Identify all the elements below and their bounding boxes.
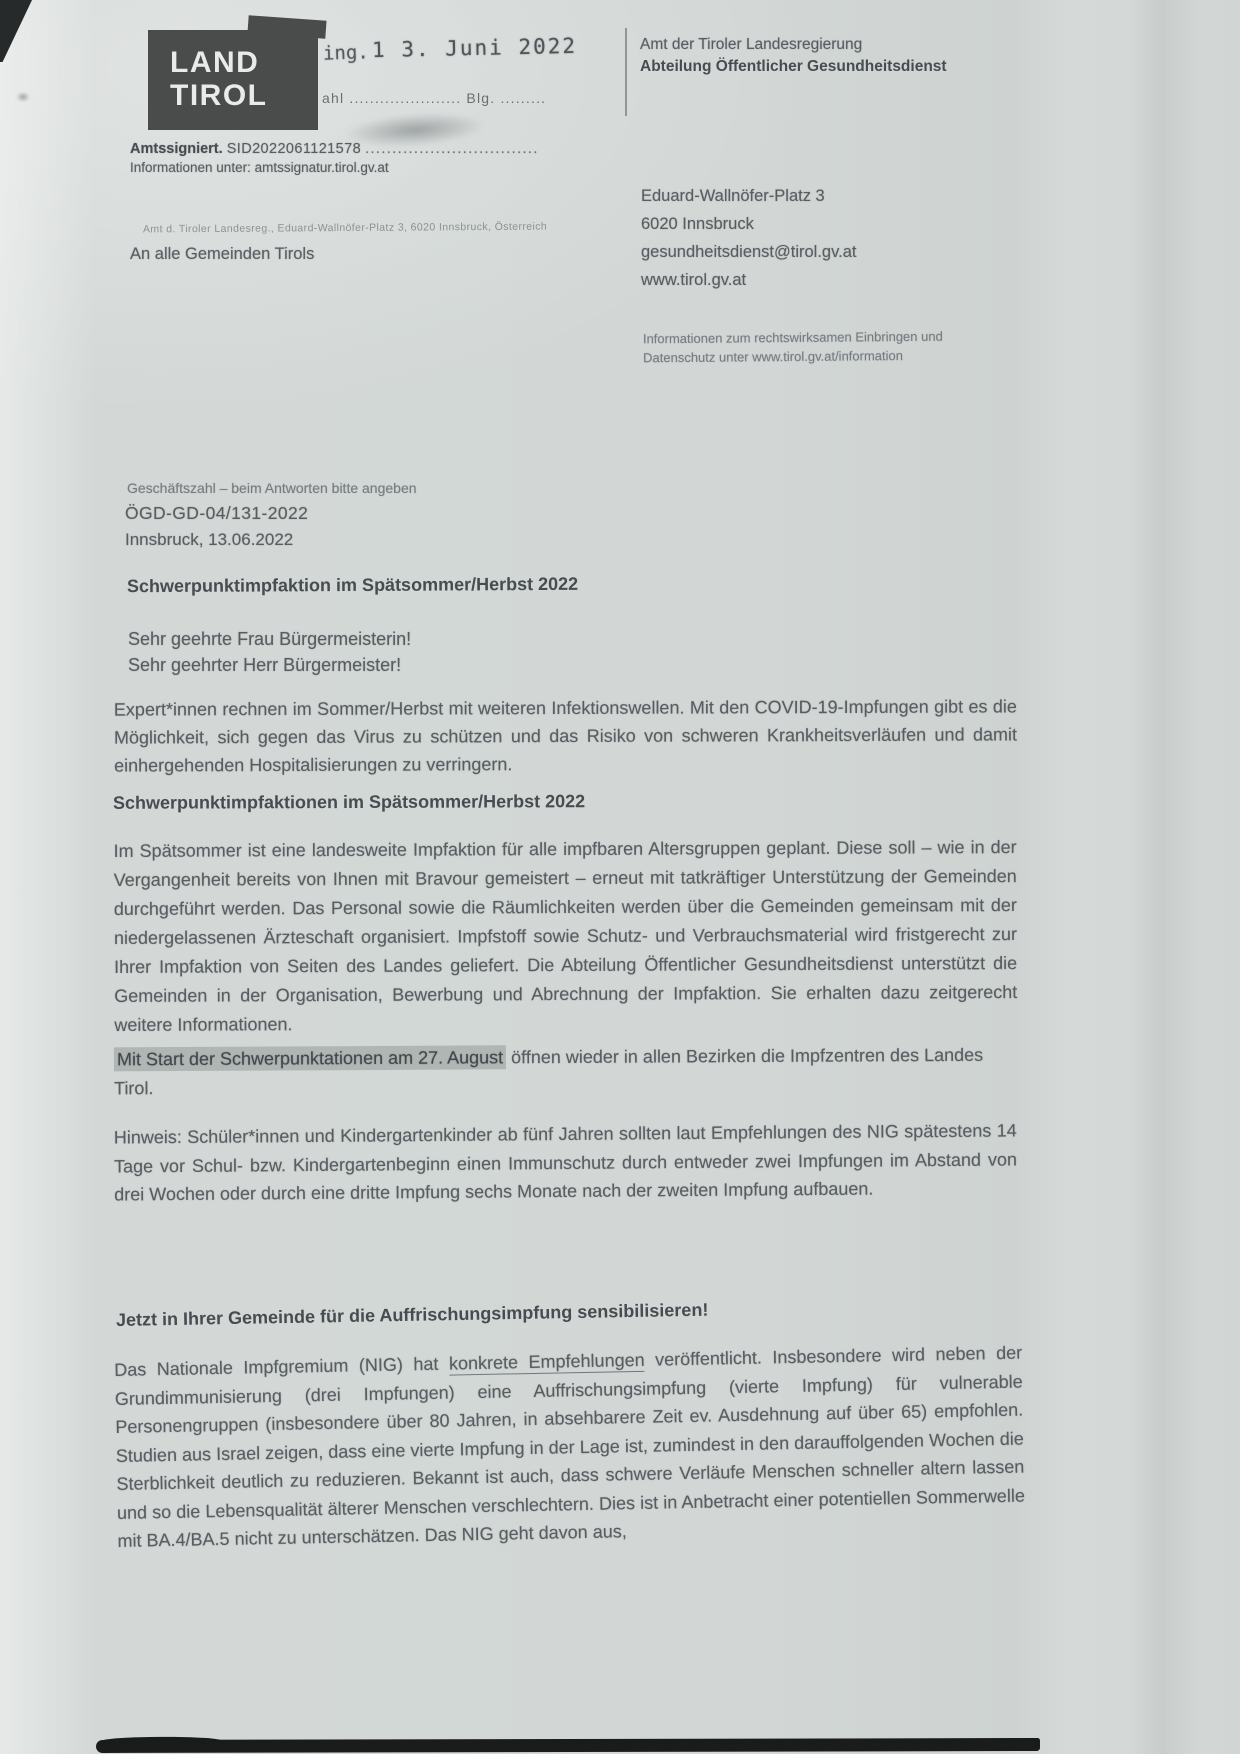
addressee-line: An alle Gemeinden Tirols	[130, 245, 314, 264]
paragraph-start-date: Mit Start der Schwerpunktationen am 27. …	[114, 1041, 1017, 1104]
sender-city: 6020 Innsbruck	[641, 210, 856, 238]
heading-booster: Jetzt in Ihrer Gemeinde für die Auffrisc…	[116, 1300, 709, 1331]
reference-number: ÖGD-GD-04/131-2022	[125, 503, 308, 524]
stamp-dotted-fields: ahl ...................... Blg. ........…	[322, 90, 546, 106]
paper-left-light-band	[0, 0, 95, 1754]
highlighted-start-date: Mit Start der Schwerpunktationen am 27. …	[114, 1045, 506, 1071]
legal-info-line-2: Datenschutz unter www.tirol.gv.at/inform…	[643, 346, 943, 368]
subject-line: Schwerpunktimpfaktion im Spätsommer/Herb…	[127, 574, 578, 597]
amtssigniert-id: SID2022061121578	[227, 141, 361, 157]
paragraph-nig: Das Nationale Impfgremium (NIG) hat konk…	[114, 1339, 1026, 1556]
paragraph-intro: Expert*innen rechnen im Sommer/Herbst mi…	[114, 692, 1017, 779]
scanned-letter-page: LAND TIROL ing. 1 3. Juni 2022 ahl .....…	[0, 0, 1240, 1754]
paragraph-hinweis: Hinweis: Schüler*innen und Kindergartenk…	[114, 1116, 1018, 1209]
date-stamp: 1 3. Juni 2022	[372, 34, 577, 62]
sender-office: Amt der Tiroler Landesregierung	[640, 36, 862, 54]
sender-department: Abteilung Öffentlicher Gesundheitsdienst	[640, 58, 947, 76]
land-tirol-logo: LAND TIROL	[148, 30, 318, 130]
sender-address-block: Eduard-Wallnöfer-Platz 3 6020 Innsbruck …	[641, 182, 856, 294]
legal-info-line-1: Informationen zum rechtswirksamen Einbri…	[643, 327, 943, 349]
sender-website: www.tirol.gv.at	[641, 266, 856, 294]
logo-line-2: TIROL	[170, 79, 318, 112]
return-address-line: Amt d. Tiroler Landesreg., Eduard-Wallnö…	[143, 221, 547, 236]
logo-line-1: LAND	[170, 46, 318, 79]
paper-fold-shadow	[1128, 0, 1198, 1754]
amtssigniert-dots: ................................	[365, 141, 539, 157]
sender-street: Eduard-Wallnöfer-Platz 3	[641, 182, 856, 210]
heading-campaign: Schwerpunktimpfaktionen im Spätsommer/He…	[113, 791, 585, 814]
nig-text-pre: Das Nationale Impfgremium (NIG) hat	[114, 1354, 449, 1380]
header-divider-line	[625, 28, 627, 116]
sender-email: gesundheitsdienst@tirol.gv.at	[641, 238, 856, 266]
salutation-line-1: Sehr geehrte Frau Bürgermeisterin!	[128, 629, 411, 650]
nig-underlined-text: konkrete Empfehlungen	[449, 1350, 645, 1376]
place-and-date: Innsbruck, 13.06.2022	[125, 530, 293, 550]
amtssignatur-info-line: Informationen unter: amtssignatur.tirol.…	[130, 160, 389, 175]
margin-smudge-artifact	[16, 92, 30, 102]
paragraph-campaign: Im Spätsommer ist eine landesweite Impfa…	[114, 833, 1018, 1040]
amtssigniert-label: Amtssigniert.	[130, 141, 223, 157]
amtssigniert-line: Amtssigniert. SID2022061121578 .........…	[130, 141, 539, 157]
legal-info-block: Informationen zum rechtswirksamen Einbri…	[643, 327, 943, 368]
salutation-line-2: Sehr geehrter Herr Bürgermeister!	[128, 655, 401, 676]
scan-bottom-edge-artifact	[96, 1738, 1040, 1753]
stamp-word-fragment: ing.	[323, 41, 370, 65]
reference-label: Geschäftszahl – beim Antworten bitte ang…	[127, 480, 417, 496]
